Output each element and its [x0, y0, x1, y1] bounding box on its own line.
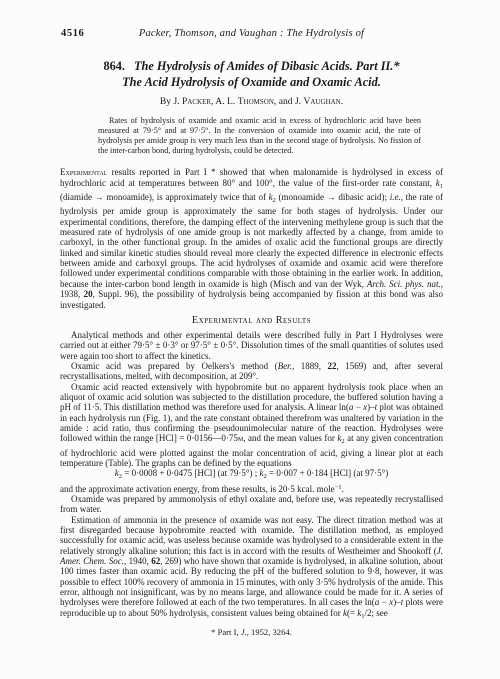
page-number: 4516 — [61, 27, 84, 40]
paragraph-activation-energy: and the approximate activation energy, f… — [60, 483, 443, 494]
article-title-line2: The Acid Hydrolysis of Oxamide and Oxami… — [60, 75, 443, 91]
running-title: Packer, Thomson, and Vaughan : The Hydro… — [60, 27, 443, 40]
article-title: 864.The Hydrolysis of Amides of Dibasic … — [60, 59, 443, 90]
abstract: Rates of hydrolysis of oxamide and oxami… — [98, 116, 421, 156]
footnote: * Part I, J., 1952, 3264. — [60, 627, 443, 638]
abstract-text: Rates of hydrolysis of oxamide and oxami… — [98, 116, 421, 156]
running-head: 4516 Packer, Thomson, and Vaughan : The … — [60, 27, 443, 40]
paragraph-estimation: Estimation of ammonia in the presence of… — [60, 515, 443, 622]
paragraph-analytical: Analytical methods and other experimenta… — [60, 330, 443, 361]
paragraph-oxamic-prep: Oxamic acid was prepared by Oelkers's me… — [60, 361, 443, 382]
article-number: 864. — [103, 59, 125, 73]
rate-equation: k2 = 0·0008 + 0·0475 [HCl] (at 79·5°) ; … — [60, 468, 443, 482]
paragraph-intro: Experimental results reported in Part I … — [60, 167, 443, 309]
section-heading: Experimental and Results — [60, 315, 443, 327]
byline: By J. Packer, A. L. Thomson, and J. Vaug… — [60, 96, 443, 108]
article-title-line1: 864.The Hydrolysis of Amides of Dibasic … — [60, 59, 443, 75]
paragraph-oxamic-reaction: Oxamic acid reacted extensively with hyp… — [60, 382, 443, 469]
journal-page: 4516 Packer, Thomson, and Vaughan : The … — [0, 0, 500, 679]
article-title-text-1: The Hydrolysis of Amides of Dibasic Acid… — [134, 59, 400, 73]
article-body: Experimental results reported in Part I … — [60, 167, 443, 622]
paragraph-oxamide-prep: Oxamide was prepared by ammonolysis of e… — [60, 494, 443, 515]
